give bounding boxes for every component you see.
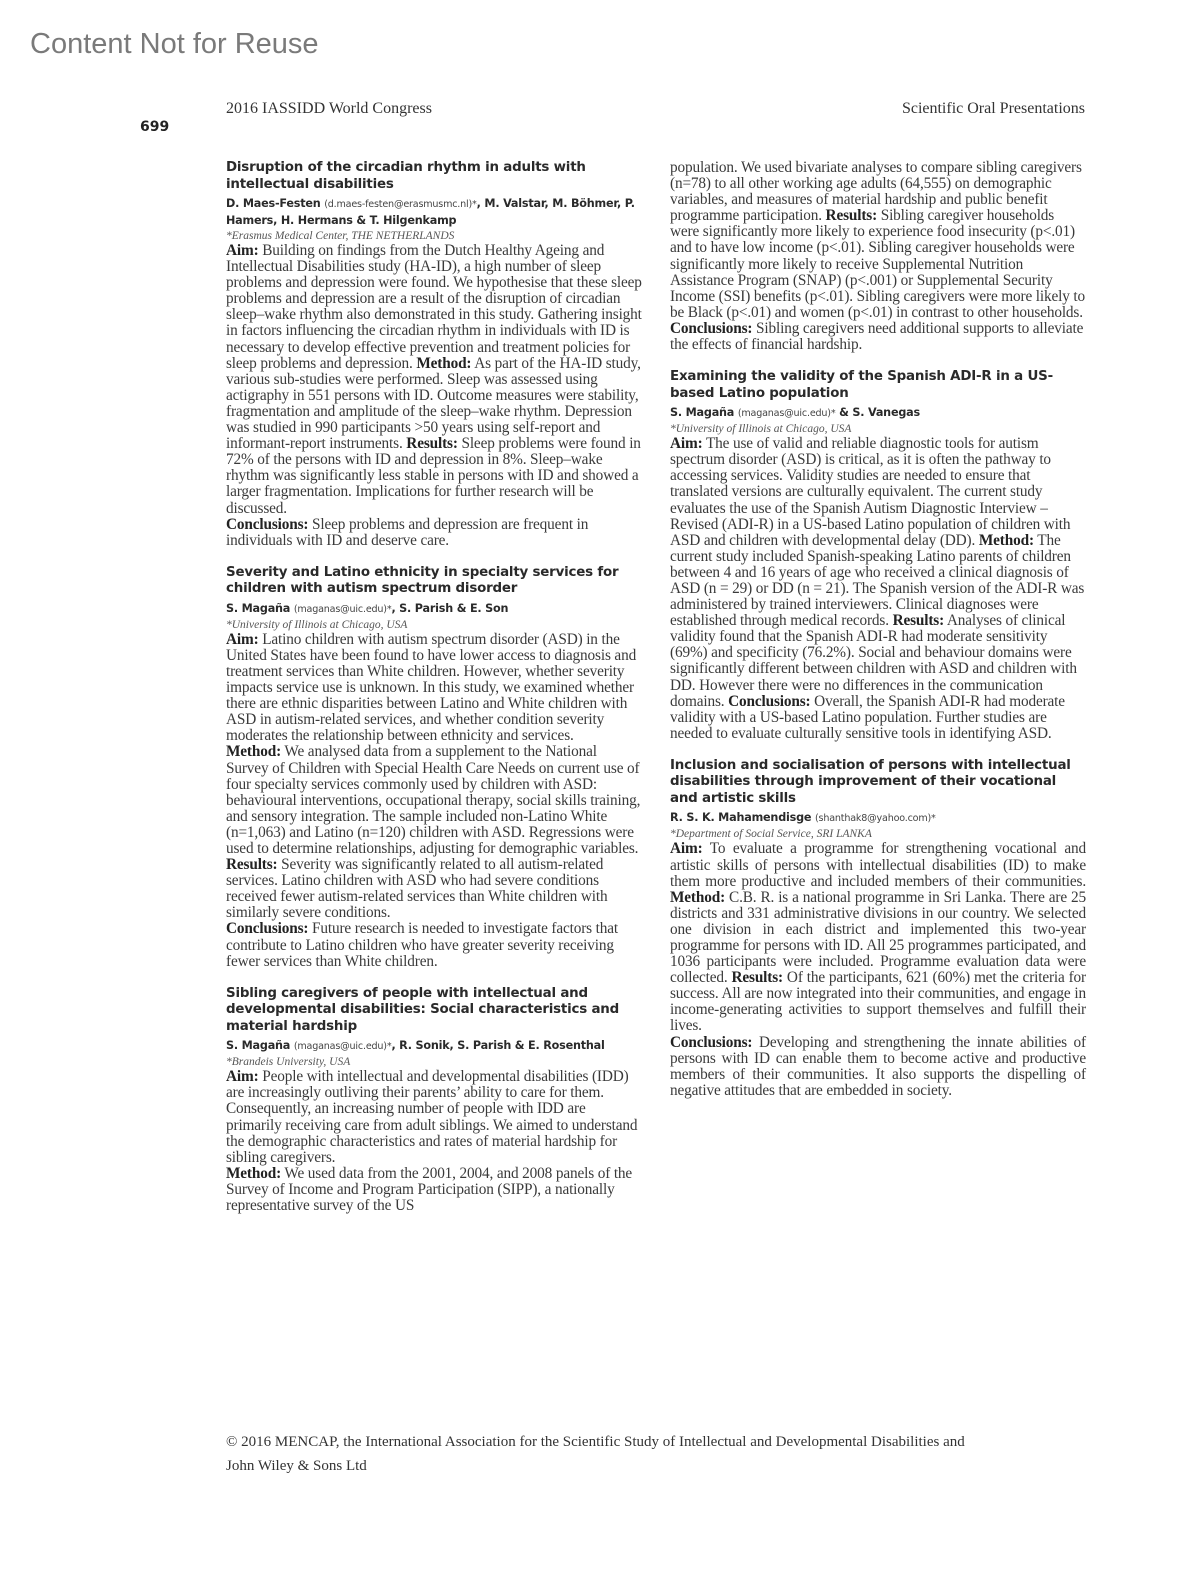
abstract-body: Aim: Building on findings from the Dutch… bbox=[226, 243, 642, 549]
section-label: Aim: bbox=[226, 1068, 259, 1085]
lead-author: D. Maes-Festen bbox=[226, 197, 321, 210]
abstract-sibling-caregivers-continued: population. We used bivariate analyses t… bbox=[670, 160, 1086, 353]
abstract-vocational-skills: Inclusion and socialisation of persons w… bbox=[670, 758, 1086, 1099]
abstract-spanish-adi-r: Examining the validity of the Spanish AD… bbox=[670, 369, 1086, 742]
abstract-body: Aim: To evaluate a programme for strengt… bbox=[670, 841, 1086, 1099]
copyright-footer: © 2016 MENCAP, the International Associa… bbox=[226, 1430, 1096, 1478]
abstract-affiliation: *Department of Social Service, SRI LANKA bbox=[670, 827, 1086, 841]
copyright-line-2: John Wiley & Sons Ltd bbox=[226, 1454, 1096, 1478]
section-label: Results: bbox=[226, 856, 278, 873]
section-label: Method: bbox=[979, 532, 1034, 549]
abstract-body: Aim: People with intellectual and develo… bbox=[226, 1069, 642, 1214]
section-label: Method: bbox=[670, 889, 725, 906]
abstract-affiliation: *University of Illinois at Chicago, USA bbox=[226, 618, 642, 632]
watermark: Content Not for Reuse bbox=[30, 28, 319, 61]
lead-author: R. S. K. Mahamendisge bbox=[670, 811, 811, 824]
section-label: Method: bbox=[226, 1165, 281, 1182]
right-column: population. We used bivariate analyses t… bbox=[670, 160, 1086, 1115]
section-label: Results: bbox=[731, 969, 783, 986]
section-label: Conclusions: bbox=[670, 320, 752, 337]
abstract-title: Inclusion and socialisation of persons w… bbox=[670, 758, 1086, 808]
section-label: Results: bbox=[893, 612, 945, 629]
section-label: Aim: bbox=[670, 435, 703, 452]
abstract-affiliation: *University of Illinois at Chicago, USA bbox=[670, 422, 1086, 436]
section-text: People with intellectual and development… bbox=[226, 1068, 637, 1165]
author-email: (shanthak8@yahoo.com)* bbox=[815, 813, 936, 824]
author-email: (maganas@uic.edu)* bbox=[294, 604, 392, 615]
coauthors: & S. Vanegas bbox=[835, 406, 920, 419]
section-label: Results: bbox=[826, 207, 878, 224]
section-text: We used data from the 2001, 2004, and 20… bbox=[226, 1165, 632, 1214]
coauthors: , R. Sonik, S. Parish & E. Rosenthal bbox=[391, 1039, 604, 1052]
section-label: Method: bbox=[226, 743, 281, 760]
running-head-right: Scientific Oral Presentations bbox=[902, 100, 1085, 118]
section-label: Aim: bbox=[670, 840, 703, 857]
author-email: (maganas@uic.edu)* bbox=[294, 1041, 392, 1052]
abstract-title: Examining the validity of the Spanish AD… bbox=[670, 369, 1086, 402]
section-text: To evaluate a programme for strengthenin… bbox=[670, 840, 1086, 889]
abstract-authors: R. S. K. Mahamendisge (shanthak8@yahoo.c… bbox=[670, 810, 1086, 827]
section-label: Conclusions: bbox=[226, 920, 308, 937]
section-text: Latino children with autism spectrum dis… bbox=[226, 631, 636, 745]
section-text: Severity was significantly related to al… bbox=[226, 856, 607, 921]
author-email: (maganas@uic.edu)* bbox=[738, 408, 836, 419]
coauthors: , S. Parish & E. Son bbox=[391, 602, 508, 615]
section-text: Sibling caregiver households were signif… bbox=[670, 207, 1085, 321]
abstract-body: population. We used bivariate analyses t… bbox=[670, 160, 1086, 353]
lead-author: S. Magaña bbox=[226, 1039, 290, 1052]
abstract-sibling-caregivers: Sibling caregivers of people with intell… bbox=[226, 986, 642, 1214]
abstract-title: Severity and Latino ethnicity in special… bbox=[226, 565, 642, 598]
left-column: Disruption of the circadian rhythm in ad… bbox=[226, 160, 642, 1230]
abstract-title: Disruption of the circadian rhythm in ad… bbox=[226, 160, 642, 193]
section-label: Results: bbox=[406, 435, 458, 452]
lead-author: S. Magaña bbox=[226, 602, 290, 615]
running-head-left: 2016 IASSIDD World Congress bbox=[226, 100, 432, 118]
abstract-affiliation: *Erasmus Medical Center, THE NETHERLANDS bbox=[226, 229, 642, 243]
abstract-authors: D. Maes-Festen (d.maes-festen@erasmusmc.… bbox=[226, 196, 642, 229]
copyright-line-1: © 2016 MENCAP, the International Associa… bbox=[226, 1430, 1096, 1454]
lead-author: S. Magaña bbox=[670, 406, 734, 419]
abstract-circadian-rhythm: Disruption of the circadian rhythm in ad… bbox=[226, 160, 642, 549]
section-text: Building on findings from the Dutch Heal… bbox=[226, 242, 642, 372]
abstract-authors: S. Magaña (maganas@uic.edu)*, S. Parish … bbox=[226, 601, 642, 618]
section-text: We analysed data from a supplement to th… bbox=[226, 743, 640, 857]
abstract-body: Aim: The use of valid and reliable diagn… bbox=[670, 436, 1086, 742]
section-label: Method: bbox=[416, 355, 471, 372]
section-label: Aim: bbox=[226, 631, 259, 648]
section-label: Conclusions: bbox=[670, 1034, 752, 1051]
abstract-title: Sibling caregivers of people with intell… bbox=[226, 986, 642, 1036]
abstract-affiliation: *Brandeis University, USA bbox=[226, 1055, 642, 1069]
abstract-authors: S. Magaña (maganas@uic.edu)* & S. Vanega… bbox=[670, 405, 1086, 422]
author-email: (d.maes-festen@erasmusmc.nl)* bbox=[324, 199, 476, 210]
abstract-authors: S. Magaña (maganas@uic.edu)*, R. Sonik, … bbox=[226, 1038, 642, 1055]
abstract-latino-severity: Severity and Latino ethnicity in special… bbox=[226, 565, 642, 970]
section-label: Aim: bbox=[226, 242, 259, 259]
section-label: Conclusions: bbox=[728, 693, 810, 710]
section-label: Conclusions: bbox=[226, 516, 308, 533]
abstract-body: Aim: Latino children with autism spectru… bbox=[226, 632, 642, 970]
page-number: 699 bbox=[140, 119, 169, 135]
